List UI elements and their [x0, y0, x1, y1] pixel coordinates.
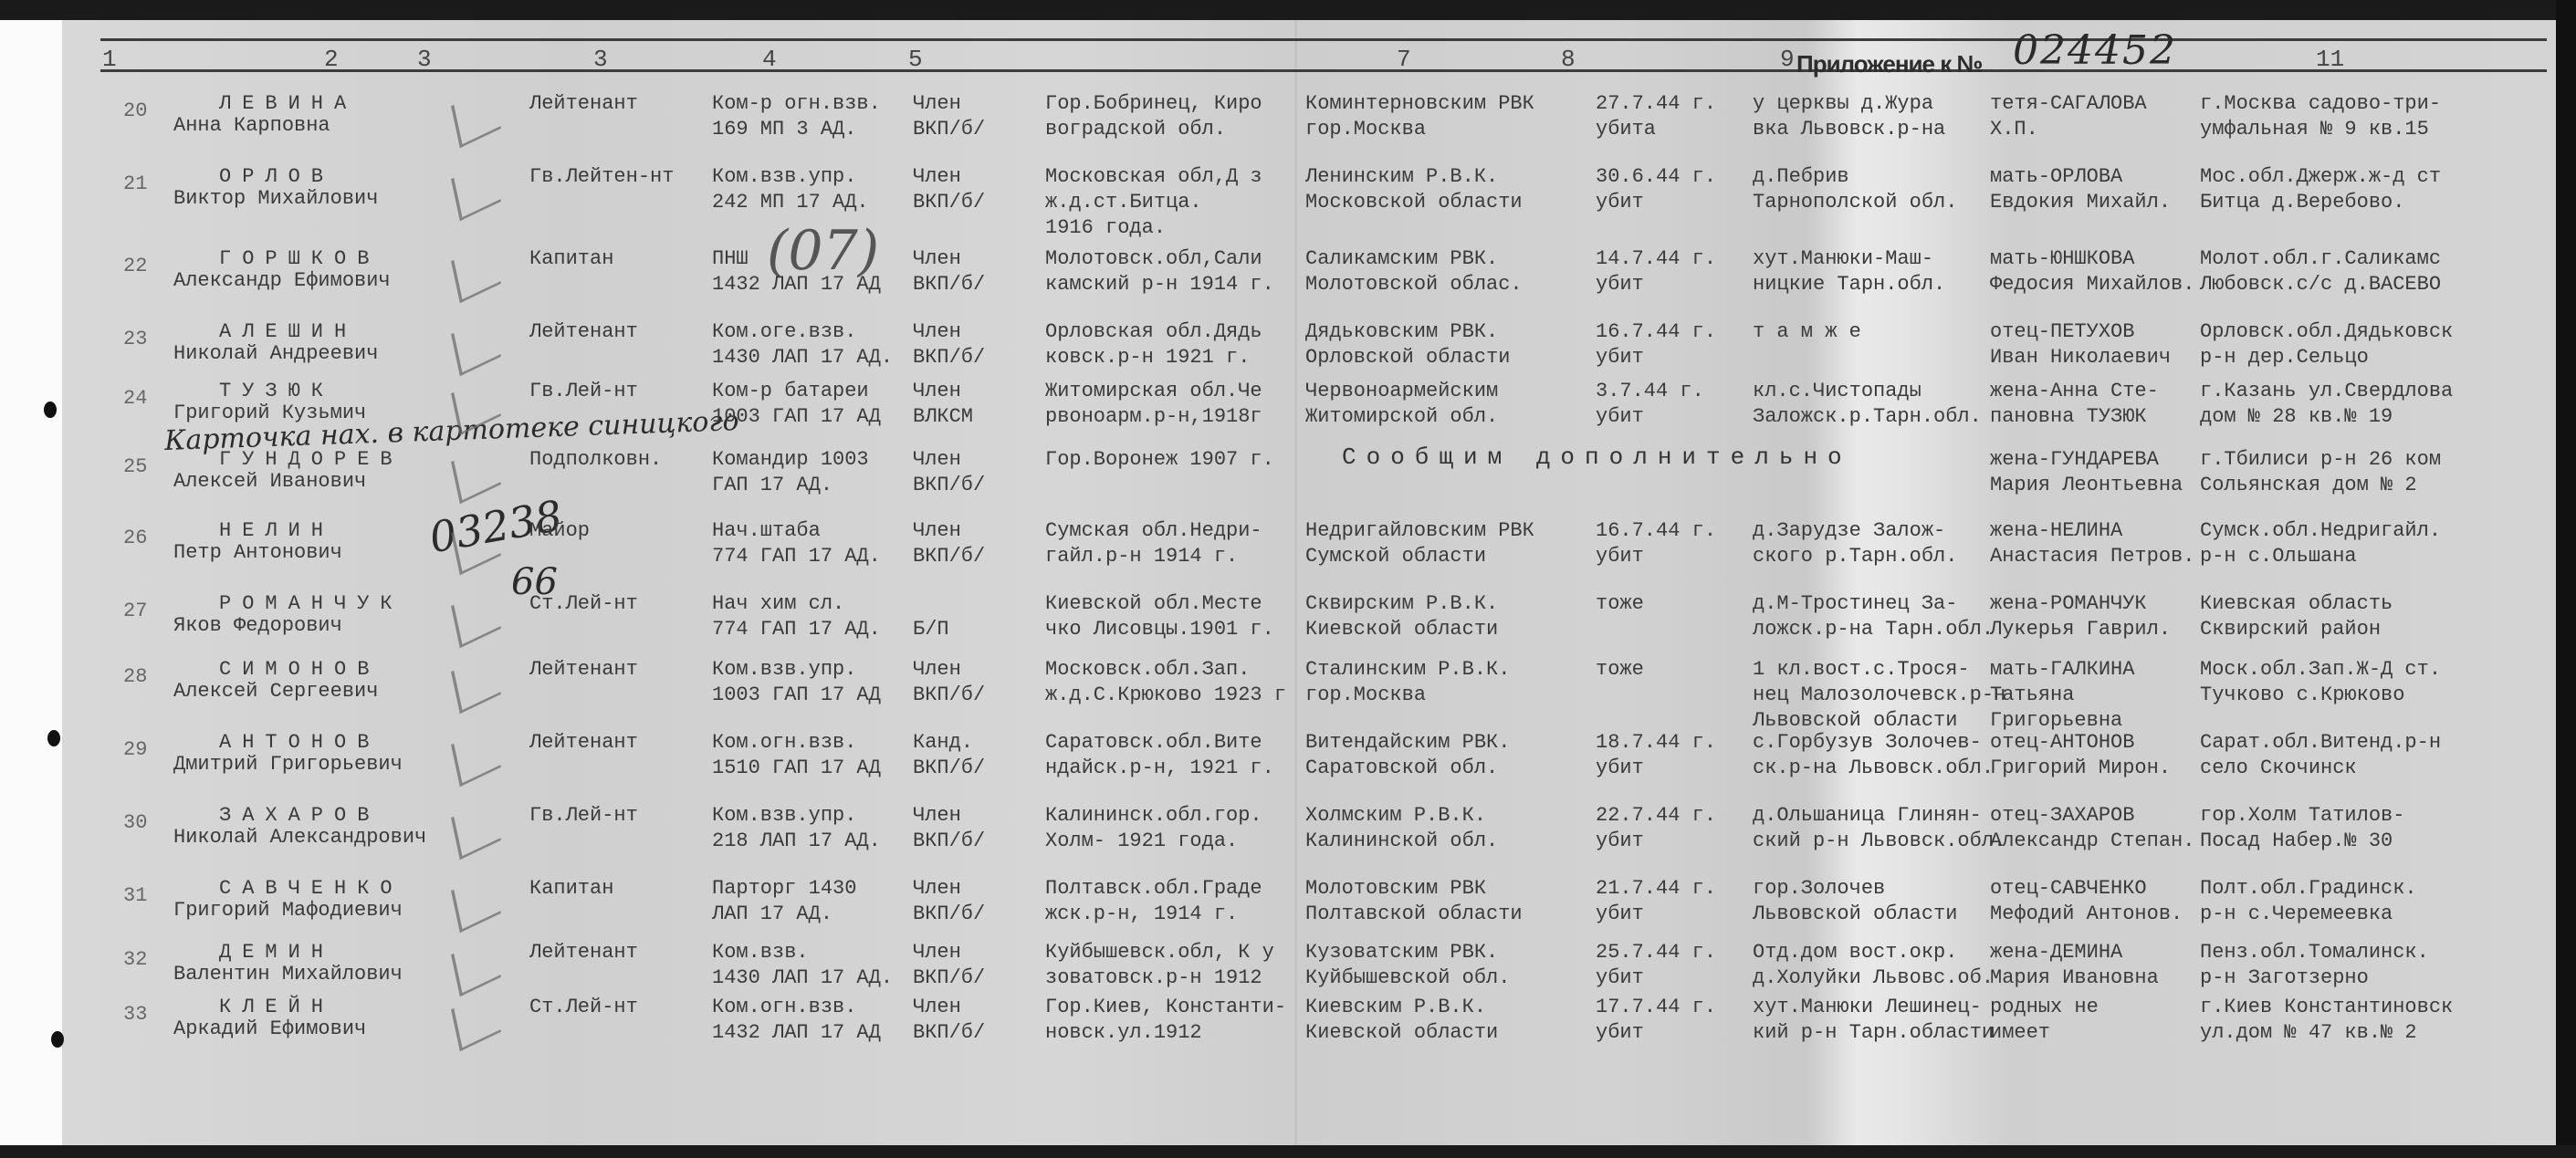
scan-left-margin	[0, 20, 62, 1145]
date-of-death: тоже	[1596, 657, 1644, 683]
birthplace: Молотовск.обл,Сали камский р-н 1914 г.	[1045, 246, 1274, 297]
relative: мать-ГАЛКИНА Татьяна Григорьевна	[1990, 657, 2134, 734]
column-number-3: 3	[593, 46, 608, 73]
position: Командир 1003 ГАП 17 АД.	[712, 447, 869, 498]
position: Нач.штаба 774 ГАП 17 АД.	[712, 518, 881, 569]
rank: Лейтенант	[529, 91, 638, 117]
appendix-stamp-number: 024452	[2013, 27, 2177, 74]
date-of-death: 16.7.44 г. убит	[1596, 319, 1716, 370]
position: Ком.взв. 1430 ЛАП 17 АД.	[712, 940, 893, 991]
header-rule-bottom	[100, 69, 2547, 72]
draft-office: Коминтерновским РВК гор.Москва	[1305, 91, 1534, 142]
birthplace: Житомирская обл.Че рвоноарм.р-н,1918г	[1045, 379, 1262, 430]
row-number: 29	[123, 737, 147, 763]
rank: Ст.Лей-нт	[529, 995, 638, 1020]
relative-address: г.Киев Константиновск ул.дом № 47 кв.№ 2	[2200, 995, 2453, 1046]
draft-office: Киевским Р.В.К. Киевской области	[1305, 995, 1498, 1046]
rank: Капитан	[529, 246, 613, 272]
column-number: 7	[1397, 46, 1411, 73]
birthplace: Куйбышевск.обл, К у зоватовск.р-н 1912	[1045, 940, 1274, 991]
position: ПНШ 1432 ЛАП 17 АД	[712, 246, 881, 297]
birthplace: Гор.Воронеж 1907 г.	[1045, 447, 1274, 473]
burial-place: Отд.дом вост.окр. д.Холуйки Львовс.об.	[1753, 940, 1994, 991]
appendix-stamp-label: Приложение к №	[1796, 50, 1982, 78]
position: Ком.огн.взв. 1432 ЛАП 17 АД	[712, 995, 881, 1046]
party: Член ВКП/б/	[913, 657, 985, 708]
given-names: Виктор Михайлович	[173, 186, 378, 212]
draft-office: Сквирским Р.В.К. Киевской области	[1305, 591, 1498, 642]
rank: Гв.Лей-нт	[529, 803, 638, 829]
row-number: 33	[123, 1002, 147, 1028]
punch-hole	[44, 402, 57, 418]
birthplace: Московск.обл.Зап. ж.д.С.Крюково 1923 г	[1045, 657, 1286, 708]
relative: жена-НЕЛИНА Анастасия Петров.	[1990, 518, 2194, 569]
burial-place: д.Зарудзе Залож- ского р.Тарн.обл.	[1753, 518, 1957, 569]
row-number: 27	[123, 599, 147, 624]
draft-office: Недригайловским РВК Сумской области	[1305, 518, 1534, 569]
date-of-death: 17.7.44 г. убит	[1596, 995, 1716, 1046]
row-number: 25	[123, 454, 147, 480]
paper-fold	[1294, 20, 1297, 1145]
rank: Лейтенант	[529, 940, 638, 965]
given-names: Анна Карповна	[173, 113, 330, 139]
scan-border-top	[0, 0, 2576, 20]
given-names: Дмитрий Григорьевич	[173, 752, 403, 777]
relative: родных не имеет	[1990, 995, 2099, 1046]
row-number: 32	[123, 947, 147, 973]
relative-address: Молот.обл.г.Саликамс Любовск.с/с д.ВАСЕВ…	[2200, 246, 2441, 297]
column-number: 1	[102, 46, 117, 73]
position: Ком.взв.упр. 1003 ГАП 17 АД	[712, 657, 881, 708]
date-of-death: 22.7.44 г. убит	[1596, 803, 1716, 854]
party: Б/П	[913, 591, 949, 642]
draft-office: Молотовским РВК Полтавской области	[1305, 876, 1523, 927]
relative-address: г.Казань ул.Свердлова дом № 28 кв.№ 19	[2200, 379, 2453, 430]
party: Член ВКП/б/	[913, 319, 985, 370]
position: Ком.взв.упр. 242 МП 17 АД.	[712, 164, 869, 215]
rank: Лейтенант	[529, 730, 638, 756]
relative: жена-РОМАНЧУК Лукерья Гаврил.	[1990, 591, 2171, 642]
burial-place: кл.с.Чистопады Заложск.р.Тарн.обл.	[1753, 379, 1982, 430]
birthplace: Киевской обл.Месте чко Лисовцы.1901 г.	[1045, 591, 1274, 642]
draft-office: Витендайским РВК. Саратовской обл.	[1305, 730, 1510, 781]
row-number: 23	[123, 327, 147, 352]
date-of-death: 16.7.44 г. убит	[1596, 518, 1716, 569]
given-names: Аркадий Ефимович	[173, 1017, 366, 1042]
given-names: Александр Ефимович	[173, 268, 391, 294]
scan-border-bottom	[0, 1145, 2576, 1158]
party: Член ВКП/б/	[913, 164, 985, 215]
relative: тетя-САГАЛОВА Х.П.	[1990, 91, 2147, 142]
burial-place: д.М-Тростинец За- ложск.р-на Тарн.обл.	[1753, 591, 1994, 642]
column-number: 11	[2316, 46, 2344, 73]
date-of-death: 25.7.44 г. убит	[1596, 940, 1716, 991]
draft-office: Сталинским Р.В.К. гор.Москва	[1305, 657, 1510, 708]
relative-address: Моск.обл.Зап.Ж-Д ст. Тучково с.Крюково	[2200, 657, 2441, 708]
row-number: 24	[123, 386, 147, 412]
birthplace: Гор.Киев, Константи- новск.ул.1912	[1045, 995, 1286, 1046]
birthplace: Сумская обл.Недри- гайл.р-н 1914 г.	[1045, 518, 1262, 569]
rank: Подполковн.	[529, 447, 662, 473]
burial-place: хут.Манюки-Маш- ницкие Тарн.обл.	[1753, 246, 1945, 297]
interstitial-note: Сообщим дополнительно	[1342, 443, 1852, 471]
relative-address: г.Тбилиси р-н 26 ком Сольянская дом № 2	[2200, 447, 2441, 498]
given-names: Николай Александрович	[173, 825, 426, 850]
row-number: 21	[123, 172, 147, 197]
relative: отец-САВЧЕНКО Мефодий Антонов.	[1990, 876, 2183, 927]
burial-place: 1 кл.вост.с.Трося- нец Малозолочевск.р-н…	[1753, 657, 2005, 734]
relative: отец-ЗАХАРОВ Александр Степан.	[1990, 803, 2194, 854]
relative-address: Мос.обл.Джерж.ж-д ст Битца д.Веребово.	[2200, 164, 2441, 215]
party: Член ВКП/б/	[913, 995, 985, 1046]
given-names: Алексей Сергеевич	[173, 679, 378, 704]
relative: жена-Анна Сте- пановна ТУЗЮК	[1990, 379, 2159, 430]
column-number: 8	[1561, 46, 1576, 73]
birthplace: Гор.Бобринец, Киро воградской обл.	[1045, 91, 1262, 142]
given-names: Григорий Кузьмич	[173, 401, 366, 426]
party: Член ВЛКСМ	[913, 379, 973, 430]
rank: Капитан	[529, 876, 613, 902]
birthplace: Саратовск.обл.Вите ндайск.р-н, 1921 г.	[1045, 730, 1274, 781]
rank: Гв.Лей-нт	[529, 379, 638, 404]
punch-hole	[51, 1031, 64, 1048]
relative: мать-ЮНШКОВА Федосия Михайлов.	[1990, 246, 2194, 297]
party: Член ВКП/б/	[913, 940, 985, 991]
burial-place: д.Ольшаница Глинян- ский р-н Львовск.обл…	[1753, 803, 2005, 854]
relative-address: Орловск.обл.Дядьковск р-н дер.Сельцо	[2200, 319, 2453, 370]
date-of-death: тоже	[1596, 591, 1644, 617]
burial-place: т а м ж е	[1753, 319, 1861, 345]
date-of-death: 18.7.44 г. убит	[1596, 730, 1716, 781]
party: Канд. ВКП/б/	[913, 730, 985, 781]
party: Член ВКП/б/	[913, 91, 985, 142]
date-of-death: 21.7.44 г. убит	[1596, 876, 1716, 927]
draft-office: Саликамским РВК. Молотовской облас.	[1305, 246, 1523, 297]
burial-place: хут.Манюки Лешинец- кий р-н Тарн.области	[1753, 995, 1994, 1046]
relative-address: г.Москва садово-три- умфальная № 9 кв.15	[2200, 91, 2441, 142]
rank: Лейтенант	[529, 319, 638, 345]
row-number: 30	[123, 810, 147, 836]
birthplace: Московская обл,Д з ж.д.ст.Битца. 1916 го…	[1045, 164, 1262, 241]
relative-address: гор.Холм Татилов- Посад Набер.№ 30	[2200, 803, 2404, 854]
scan-border-right	[2556, 0, 2576, 1158]
date-of-death: 27.7.44 г. убита	[1596, 91, 1716, 142]
position: Ком-р огн.взв. 169 МП 3 АД.	[712, 91, 881, 142]
given-names: Петр Антонович	[173, 540, 342, 566]
position: Ком.оге.взв. 1430 ЛАП 17 АД.	[712, 319, 893, 370]
relative-address: Сарат.обл.Витенд.р-н село Скочинск	[2200, 730, 2441, 781]
row-number: 22	[123, 254, 147, 279]
column-number: 5	[908, 46, 923, 73]
party: Член ВКП/б/	[913, 518, 985, 569]
given-names: Валентин Михайлович	[173, 962, 403, 987]
relative: отец-АНТОНОВ Григорий Мирон.	[1990, 730, 2171, 781]
draft-office: Дядьковским РВК. Орловской области	[1305, 319, 1510, 370]
position: Нач хим сл. 774 ГАП 17 АД.	[712, 591, 881, 642]
row-number: 26	[123, 526, 147, 551]
row-number: 28	[123, 664, 147, 690]
date-of-death: 14.7.44 г. убит	[1596, 246, 1716, 297]
column-number: 9	[1780, 46, 1795, 73]
row-number: 31	[123, 883, 147, 909]
row-number: 20	[123, 99, 147, 124]
draft-office: Червоноармейским Житомирской обл.	[1305, 379, 1498, 430]
burial-place: у церквы д.Жура вка Львовск.р-на	[1753, 91, 1945, 142]
date-of-death: 3.7.44 г. убит	[1596, 379, 1704, 430]
party: Член ВКП/б/	[913, 447, 985, 498]
draft-office: Ленинским Р.В.К. Московской области	[1305, 164, 1523, 215]
birthplace: Орловская обл.Дядь ковск.р-н 1921 г.	[1045, 319, 1262, 370]
relative: жена-ДЕМИНА Мария Ивановна	[1990, 940, 2159, 991]
draft-office: Кузоватским РВК. Куйбышевской обл.	[1305, 940, 1510, 991]
relative-address: Пенз.обл.Томалинск. р-н Заготзерно	[2200, 940, 2429, 991]
date-of-death: 30.6.44 г. убит	[1596, 164, 1716, 215]
column-number: 3	[417, 46, 432, 73]
burial-place: д.Пебрив Тарнополской обл.	[1753, 164, 1957, 215]
rank: Лейтенант	[529, 657, 638, 683]
given-names: Николай Андреевич	[173, 341, 378, 367]
relative: жена-ГУНДАРЕВА Мария Леонтьевна	[1990, 447, 2183, 498]
position: Ком.взв.упр. 218 ЛАП 17 АД.	[712, 803, 881, 854]
burial-place: с.Горбузув Золочев- ск.р-на Львовск.обл.	[1753, 730, 1994, 781]
given-names: Григорий Мафодиевич	[173, 898, 403, 923]
party: Член ВКП/б/	[913, 246, 985, 297]
burial-place: гор.Золочев Львовской области	[1753, 876, 1957, 927]
draft-office: Холмским Р.В.К. Калининской обл.	[1305, 803, 1498, 854]
rank: Гв.Лейтен-нт	[529, 164, 674, 190]
relative-address: Киевская область Сквирский район	[2200, 591, 2393, 642]
birthplace: Полтавск.обл.Граде жск.р-н, 1914 г.	[1045, 876, 1262, 927]
relative-address: Полт.обл.Градинск. р-н с.Черемеевка	[2200, 876, 2417, 927]
position: Парторг 1430 ЛАП 17 АД.	[712, 876, 856, 927]
given-names: Яков Федорович	[173, 613, 342, 639]
relative: мать-ОРЛОВА Евдокия Михайл.	[1990, 164, 2171, 215]
position: Ком.огн.взв. 1510 ГАП 17 АД	[712, 730, 881, 781]
punch-hole	[47, 730, 60, 746]
column-number: 4	[762, 46, 777, 73]
rank: Майор	[529, 518, 590, 544]
birthplace: Калининск.обл.гор. Холм- 1921 года.	[1045, 803, 1262, 854]
header-rule-top	[100, 38, 2547, 41]
relative-address: Сумск.обл.Недригайл. р-н с.Ольшана	[2200, 518, 2441, 569]
party: Член ВКП/б/	[913, 803, 985, 854]
relative: отец-ПЕТУХОВ Иван Николаевич	[1990, 319, 2171, 370]
position: Ком-р батареи 1003 ГАП 17 АД	[712, 379, 881, 430]
party: Член ВКП/б/	[913, 876, 985, 927]
rank: Ст.Лей-нт	[529, 591, 638, 617]
column-number: 2	[324, 46, 339, 73]
given-names: Алексей Иванович	[173, 469, 366, 495]
